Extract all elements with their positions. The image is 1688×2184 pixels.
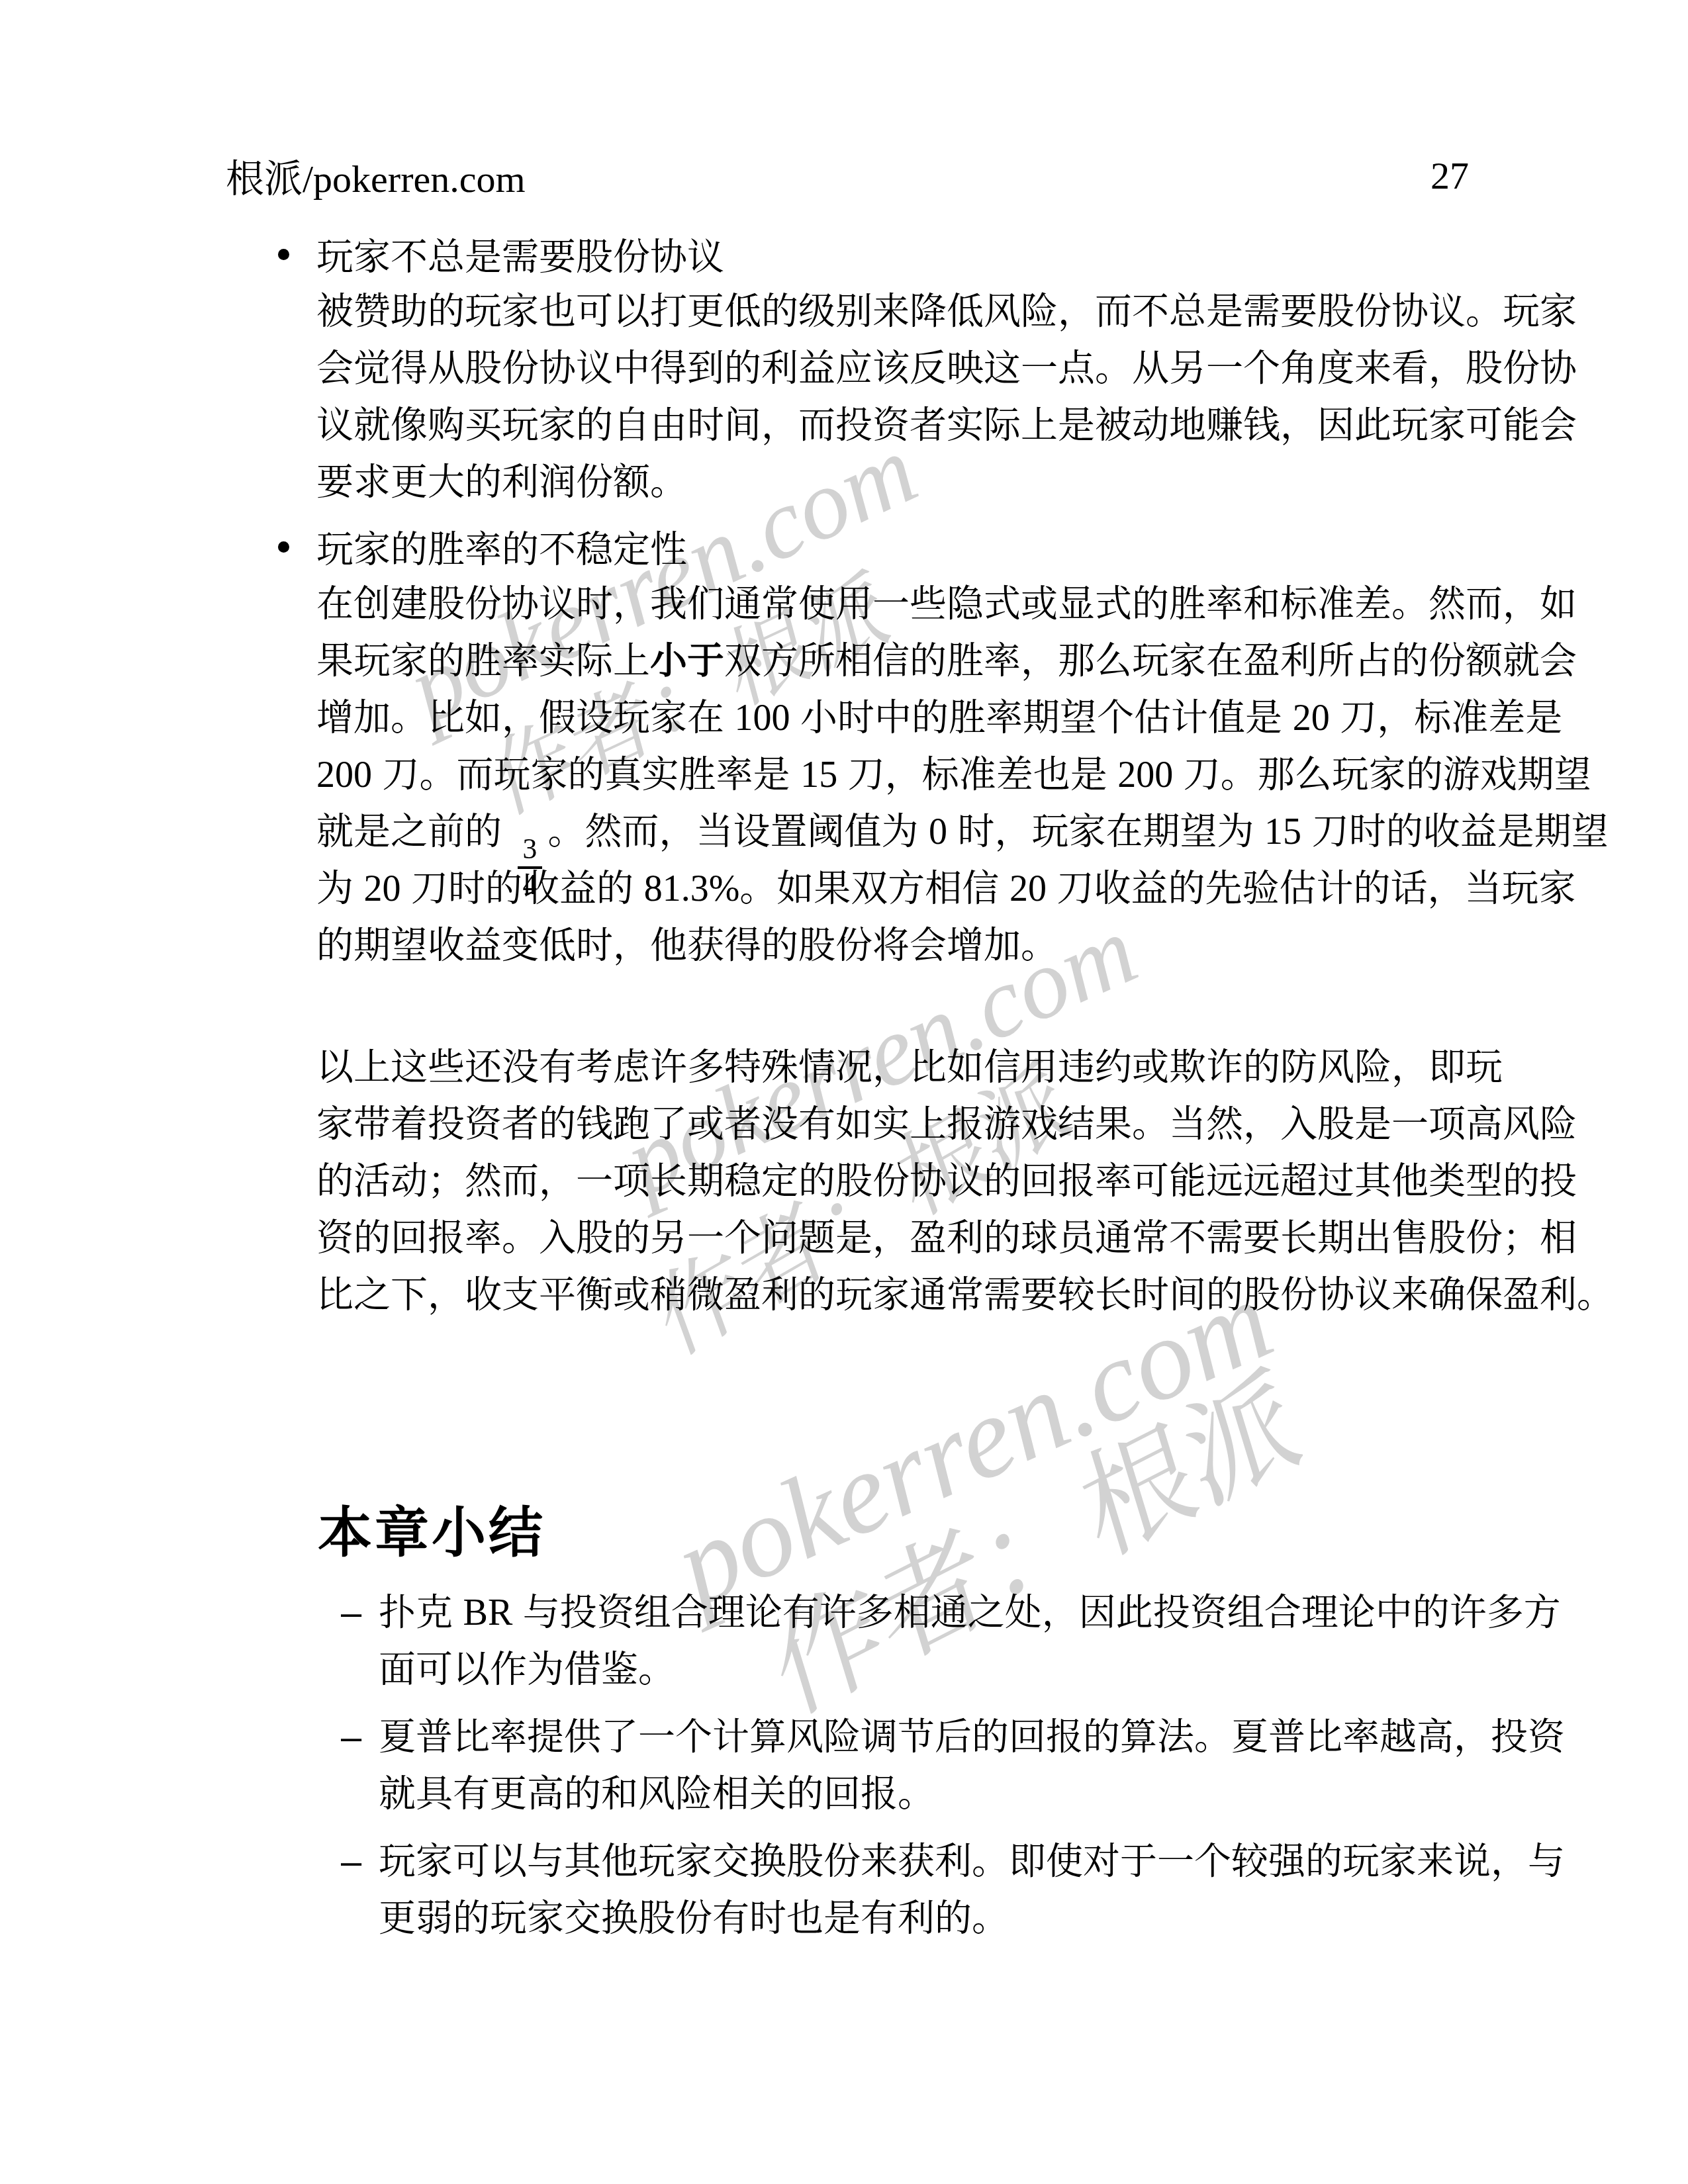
dash-icon: – [341,1584,361,1641]
dash-icon: – [341,1833,361,1889]
page-number: 27 [1430,154,1469,198]
summary-item-2: – 夏普比率提供了一个计算风险调节后的回报的算法。夏普比率越高，投资就具有更高的… [341,1708,1453,1822]
text-line: 更弱的玩家交换股份有时也是有利的。 [379,1889,1453,1946]
summary-item-lines: 夏普比率提供了一个计算风险调节后的回报的算法。夏普比率越高，投资就具有更高的和风… [379,1708,1453,1822]
text-line: 夏普比率提供了一个计算风险调节后的回报的算法。夏普比率越高，投资 [379,1708,1453,1765]
text-line: 的期望收益变低时，他获得的股份将会增加。 [316,917,1453,974]
summary-item-lines: 扑克 BR 与投资组合理论有许多相通之处，因此投资组合理论中的许多方面可以作为借… [379,1584,1453,1698]
page-header: 根派/pokerren.com 27 [226,147,1469,204]
text-line: 玩家可以与其他玩家交换股份来获利。即使对于一个较强的玩家来说，与 [379,1833,1453,1889]
text-line: 要求更大的利润份额。 [316,453,1453,510]
text-line: 家带着投资者的钱跑了或者没有如实上报游戏结果。当然，入股是一项高风险 [316,1095,1453,1152]
text-line: 果玩家的胜率实际上小于双方所相信的胜率，那么玩家在盈利所占的份额就会 [316,632,1453,689]
bullet-dot-icon [278,541,289,553]
bullet-paragraph-1: 被赞助的玩家也可以打更低的级别来降低风险，而不总是需要股份协议。玩家会觉得从股份… [316,283,1453,510]
page-content: 根派/pokerren.com 27 玩家不总是需要股份协议 被赞助的玩家也可以… [0,0,1688,2184]
text-line: 为 20 刀时的收益的 81.3%。如果双方相信 20 刀收益的先验估计的话，当… [316,860,1453,917]
header-left-text: 根派/pokerren.com [226,148,526,203]
text-line: 就是之前的 34。然而，当设置阈值为 0 时，玩家在期望为 15 刀时的收益是期… [316,803,1453,860]
text-line: 资的回报率。入股的另一个问题是，盈利的球员通常不需要长期出售股份；相 [316,1209,1453,1266]
text-line: 增加。比如，假设玩家在 100 小时中的胜率期望个估计值是 20 刀，标准差是 [316,689,1453,746]
section-title: 本章小结 [318,1497,545,1570]
text-line: 会觉得从股份协议中得到的利益应该反映这一点。从另一个角度来看，股份协 [316,340,1453,396]
text-line: 扑克 BR 与投资组合理论有许多相通之处，因此投资组合理论中的许多方 [379,1584,1453,1641]
text-line: 在创建股份协议时，我们通常使用一些隐式或显式的胜率和标准差。然而，如 [316,575,1453,632]
summary-item-1: – 扑克 BR 与投资组合理论有许多相通之处，因此投资组合理论中的许多方面可以作… [341,1584,1453,1698]
bullet-heading-text: 玩家的胜率的不稳定性 [316,520,687,573]
bullet-paragraph-2: 在创建股份协议时，我们通常使用一些隐式或显式的胜率和标准差。然而，如果玩家的胜率… [316,575,1453,974]
text-line: 的活动；然而，一项长期稳定的股份协议的回报率可能远远超过其他类型的投 [316,1152,1453,1209]
summary-item-lines: 玩家可以与其他玩家交换股份来获利。即使对于一个较强的玩家来说，与更弱的玩家交换股… [379,1833,1453,1946]
text-line: 被赞助的玩家也可以打更低的级别来降低风险，而不总是需要股份协议。玩家 [316,283,1453,340]
text-line: 200 刀。而玩家的真实胜率是 15 刀，标准差也是 200 刀。那么玩家的游戏… [316,746,1453,803]
dash-icon: – [341,1708,361,1765]
closing-paragraph: 以上这些还没有考虑许多特殊情况，比如信用违约或欺诈的防风险，即玩家带着投资者的钱… [316,1038,1453,1323]
bullet-heading-text: 玩家不总是需要股份协议 [316,228,724,281]
text-line: 面可以作为借鉴。 [379,1641,1453,1698]
bullet-item-heading-1: 玩家不总是需要股份协议 [278,226,724,283]
text-line: 比之下，收支平衡或稍微盈利的玩家通常需要较长时间的股份协议来确保盈利。 [316,1266,1453,1323]
document-page: pokerren.com作者：根派pokerren.com作者：根派pokerr… [0,0,1688,2184]
text-line: 就具有更高的和风险相关的回报。 [379,1765,1453,1822]
summary-item-3: – 玩家可以与其他玩家交换股份来获利。即使对于一个较强的玩家来说，与更弱的玩家交… [341,1833,1453,1946]
text-line: 以上这些还没有考虑许多特殊情况，比如信用违约或欺诈的防风险，即玩 [316,1038,1453,1095]
bullet-item-heading-2: 玩家的胜率的不稳定性 [278,518,687,575]
text-line: 议就像购买玩家的自由时间，而投资者实际上是被动地赚钱，因此玩家可能会 [316,396,1453,453]
bullet-dot-icon [278,249,289,260]
